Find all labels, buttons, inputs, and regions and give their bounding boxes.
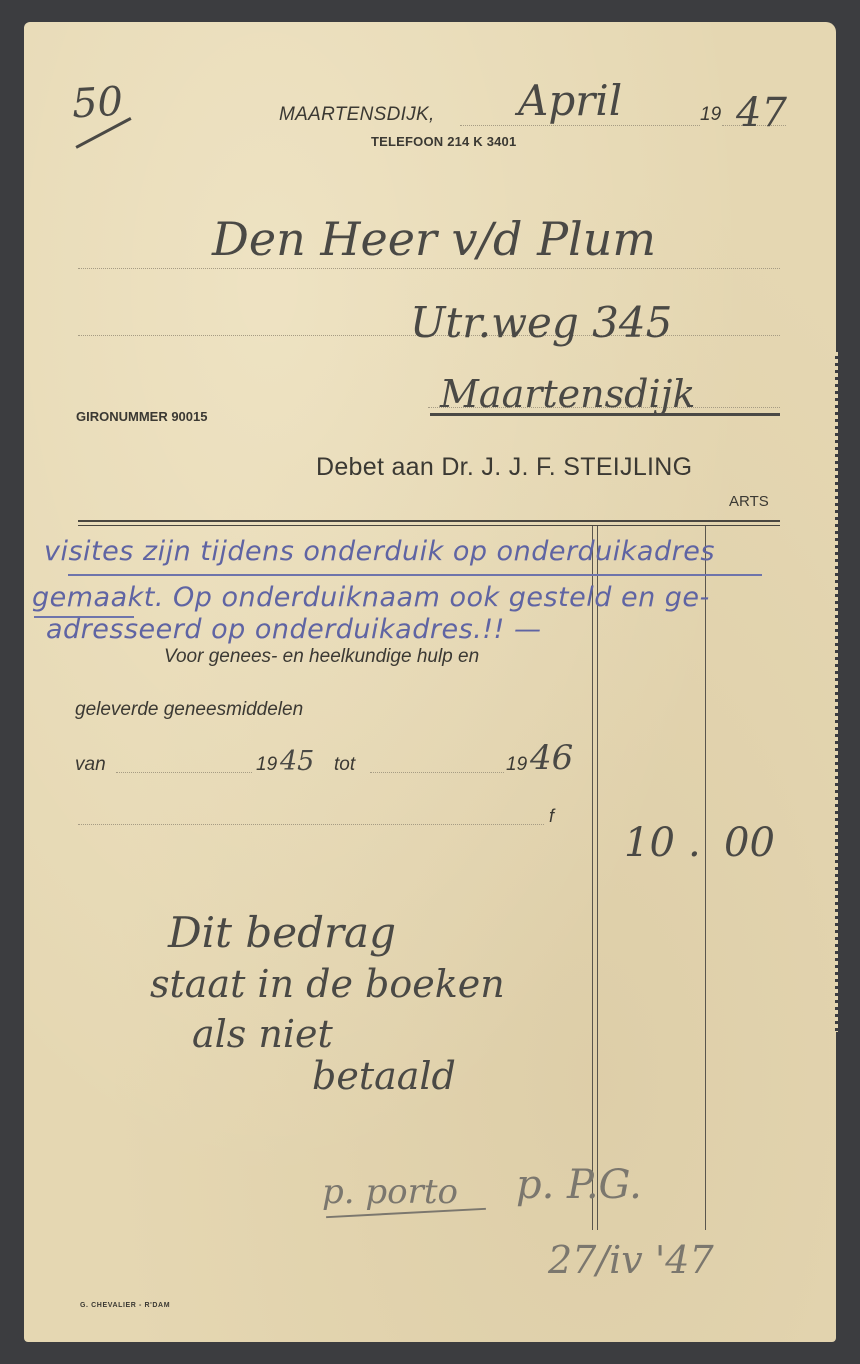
date-year-prefix: 19 [700,104,721,126]
paid-note-line-3: als niet [192,1012,333,1056]
period-to-dots [370,772,504,773]
pencil-note-porto: p. porto [322,1172,458,1212]
telephone-label: TELEFOON 214 K 3401 [371,134,516,149]
blue-underline-1 [68,574,762,576]
services-line-2: geleverde geneesmiddelen [75,699,303,721]
column-line-1b [597,526,598,1230]
date-month: April [518,76,622,125]
address-line-1 [78,268,780,269]
giro-number: GIRONUMMER 90015 [76,409,207,424]
header-rule-bottom [78,525,780,526]
period-to-suffix: 46 [530,738,573,778]
amount-separator: . [688,820,701,866]
annotation-line-2: gemaakt. Op onderduiknaam ook gesteld en… [32,582,710,613]
period-from-label: van [75,754,106,776]
pencil-note-initials: p. P.G. [516,1162,642,1208]
amount-dots [78,824,544,825]
amount-cents: 00 [724,820,775,866]
amount-guilders: 10 [624,820,675,866]
period-from-prefix: 19 [256,754,277,776]
issuer-debet-line: Debet aan Dr. J. J. F. STEIJLING [316,453,692,482]
paid-note-line-1: Dit bedrag [168,908,396,957]
period-from-dots [116,772,252,773]
date-dotted-line [460,125,700,126]
annotation-line-3: adresseerd op onderduikadres.!! — [46,614,541,645]
pencil-note-date: 27/iv '47 [548,1238,714,1282]
paid-note-line-4: betaald [312,1054,456,1098]
paid-note-line-2: staat in de boeken [150,962,505,1006]
city-label: MAARTENSDIJK, [279,104,435,126]
annotation-line-1: visites zijn tijdens onderduik op onderd… [44,536,715,567]
currency-symbol: f [549,806,554,827]
recipient-town: Maartensdijk [440,372,695,416]
recipient-name: Den Heer v/d Plum [212,212,656,266]
issuer-title: ARTS [729,493,769,510]
recipient-street: Utr.weg 345 [410,298,672,347]
printer-imprint: G. CHEVALIER - R'DAM [80,1302,170,1309]
recipient-town-underline [430,413,780,416]
column-line-1a [592,526,593,1230]
document-number: 50 [71,79,124,128]
period-from-suffix: 45 [280,746,314,777]
date-year-suffix: 47 [736,90,787,136]
period-to-prefix: 19 [506,754,527,776]
services-line-1: Voor genees- en heelkundige hulp en [164,646,479,668]
header-rule-top [78,520,780,522]
perforated-edge [835,352,838,1032]
column-line-2 [705,526,706,1230]
period-to-label: tot [334,754,355,776]
invoice-document: 50 MAARTENSDIJK, TELEFOON 214 K 3401 Apr… [24,22,836,1342]
